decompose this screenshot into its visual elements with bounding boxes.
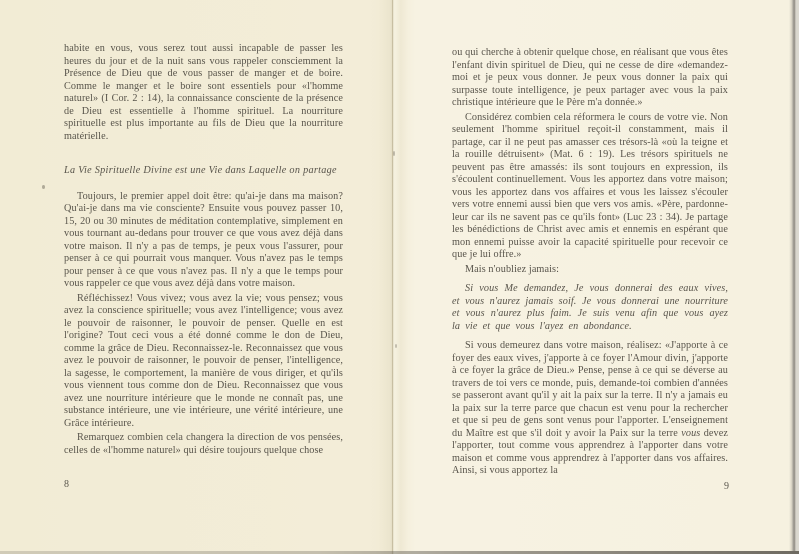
paragraph: Remarquez combien cela changera la direc… <box>64 432 343 457</box>
scan-edge-right <box>789 0 799 554</box>
scan-speck <box>395 344 397 348</box>
page-number-right: 9 <box>724 481 729 492</box>
paragraph-text: Si vous demeurez dans votre maison, réal… <box>452 340 728 439</box>
paragraph: Considérez combien cela réformera le cou… <box>452 112 728 262</box>
section-heading: La Vie Spirituelle Divine est une Vie da… <box>64 165 343 178</box>
scripture-quote: Si vous Me demandez, Je vous donnerai de… <box>452 283 728 333</box>
page-number-left: 8 <box>64 479 69 490</box>
paragraph: Si vous demeurez dans votre maison, réal… <box>452 340 728 478</box>
gutter-fold-line <box>392 0 393 554</box>
page-right: ou qui cherche à obtenir quelque chose, … <box>394 0 799 554</box>
right-text-column: ou qui cherche à obtenir quelque chose, … <box>452 47 728 478</box>
paragraph: Mais n'oubliez jamais: <box>452 264 728 277</box>
left-text-column: habite en vous, vous serez tout aussi in… <box>64 43 343 457</box>
paragraph-continuation: ou qui cherche à obtenir quelque chose, … <box>452 47 728 110</box>
paragraph: Toujours, le premier appel doit être: qu… <box>64 191 343 291</box>
emphasized-word: vous <box>681 428 700 439</box>
scan-speck <box>42 185 45 189</box>
book-spread: habite en vous, vous serez tout aussi in… <box>0 0 799 554</box>
scan-speck <box>393 151 395 156</box>
paragraph: Réfléchissez! Vous vivez; vous avez la v… <box>64 293 343 431</box>
page-left: habite en vous, vous serez tout aussi in… <box>0 0 394 554</box>
paragraph-continuation: habite en vous, vous serez tout aussi in… <box>64 43 343 143</box>
